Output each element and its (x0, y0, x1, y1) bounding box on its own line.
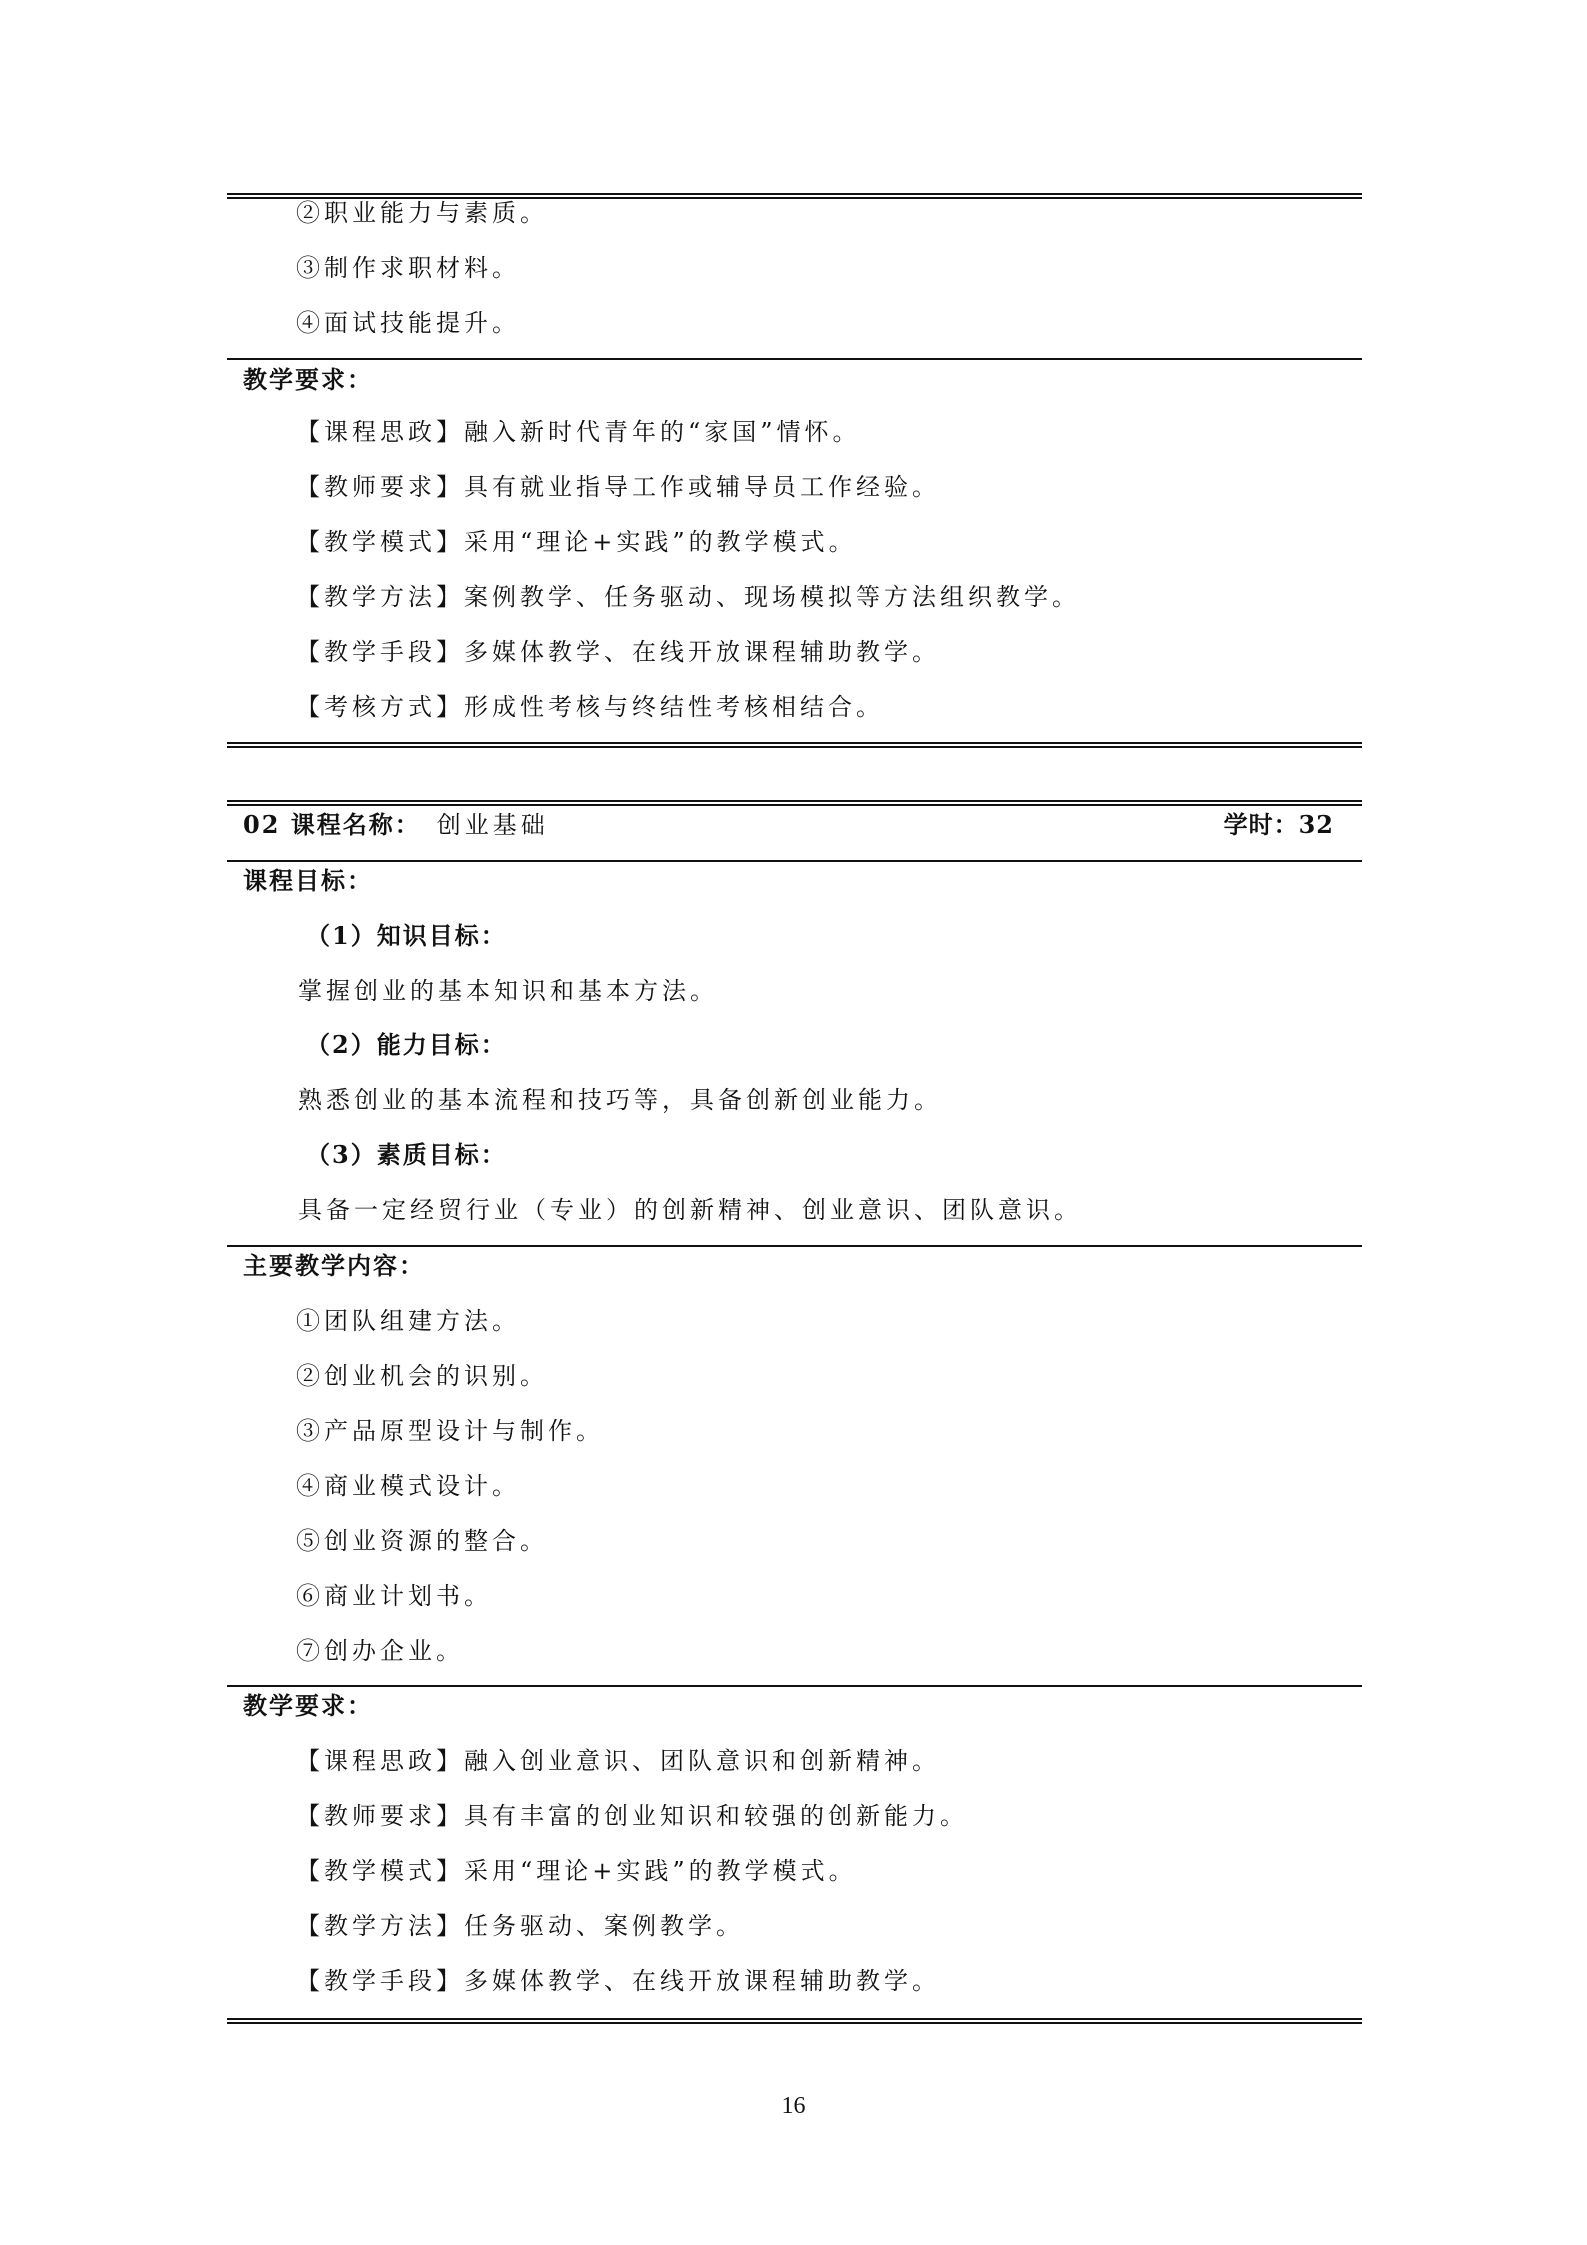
requirements-heading: 教学要求： (243, 365, 373, 395)
requirement-label: 【教学模式】 (296, 1857, 464, 1885)
requirement-label: 【教学模式】 (296, 528, 464, 556)
requirement-text: 融入创业意识、团队意识和创新精神。 (464, 1747, 940, 1775)
content-item: ⑥商业计划书。 (296, 1581, 492, 1611)
document-page: ②职业能力与素质。 ③制作求职材料。 ④面试技能提升。 教学要求： 【课程思政】… (0, 0, 1587, 2245)
requirement-label: 【教师要求】 (296, 1802, 464, 1830)
requirement-label: 【课程思政】 (296, 1747, 464, 1775)
goal-text: 熟悉创业的基本流程和技巧等，具备创新创业能力。 (298, 1085, 942, 1115)
double-rule (227, 800, 1362, 806)
requirement-text: 具有丰富的创业知识和较强的创新能力。 (464, 1802, 968, 1830)
requirement-label: 【教学方法】 (296, 583, 464, 611)
goal-text: 掌握创业的基本知识和基本方法。 (298, 976, 718, 1006)
goal-text: 具备一定经贸行业（专业）的创新精神、创业意识、团队意识。 (298, 1195, 1082, 1225)
content-item: ④商业模式设计。 (296, 1471, 520, 1501)
rule (227, 1245, 1362, 1247)
rule (227, 860, 1362, 862)
requirement-text: 案例教学、任务驱动、现场模拟等方法组织教学。 (464, 583, 1080, 611)
goal-title: （1）知识目标： (306, 921, 507, 951)
requirement-row: 【教师要求】具有就业指导工作或辅导员工作经验。 (296, 472, 940, 502)
content-item: ⑦创办企业。 (296, 1636, 464, 1666)
goals-heading: 课程目标： (243, 866, 373, 896)
course-name-label: 02 课程名称： (243, 810, 421, 839)
requirement-row: 【教学模式】采用“理论+实践”的教学模式。 (296, 1856, 857, 1886)
content-heading: 主要教学内容： (243, 1251, 425, 1281)
requirement-label: 【考核方式】 (296, 693, 464, 721)
content-item: ⑤创业资源的整合。 (296, 1526, 548, 1556)
requirement-label: 【教学手段】 (296, 638, 464, 666)
goal-title: （2）能力目标： (306, 1030, 507, 1060)
requirement-row: 【教学模式】采用“理论+实践”的教学模式。 (296, 527, 857, 557)
content-item: ①团队组建方法。 (296, 1306, 520, 1336)
requirement-text: 采用“理论+实践”的教学模式。 (464, 528, 857, 556)
course-name: 创业基础 (437, 811, 549, 839)
content-item: ②创业机会的识别。 (296, 1361, 548, 1391)
requirement-row: 【课程思政】融入创业意识、团队意识和创新精神。 (296, 1746, 940, 1776)
requirement-text: 融入新时代青年的“家国”情怀。 (464, 418, 861, 446)
goal-title: （3）素质目标： (306, 1140, 507, 1170)
content-item: ④面试技能提升。 (296, 308, 520, 338)
requirement-text: 任务驱动、案例教学。 (464, 1912, 744, 1940)
requirement-text: 具有就业指导工作或辅导员工作经验。 (464, 473, 940, 501)
requirement-label: 【教学方法】 (296, 1912, 464, 1940)
requirement-row: 【考核方式】形成性考核与终结性考核相结合。 (296, 692, 884, 722)
content-item: ③制作求职材料。 (296, 253, 520, 283)
requirement-text: 多媒体教学、在线开放课程辅助教学。 (464, 1967, 940, 1995)
requirement-row: 【教学手段】多媒体教学、在线开放课程辅助教学。 (296, 1966, 940, 1996)
requirement-text: 多媒体教学、在线开放课程辅助教学。 (464, 638, 940, 666)
course-header: 02 课程名称：创业基础 (243, 810, 549, 840)
double-rule (227, 742, 1362, 748)
requirement-label: 【课程思政】 (296, 418, 464, 446)
requirements-heading: 教学要求： (243, 1691, 373, 1721)
rule (227, 358, 1362, 360)
content-item: ②职业能力与素质。 (296, 198, 548, 228)
page-number: 16 (0, 2093, 1587, 2120)
requirement-row: 【教师要求】具有丰富的创业知识和较强的创新能力。 (296, 1801, 968, 1831)
requirement-row: 【教学方法】任务驱动、案例教学。 (296, 1911, 744, 1941)
requirement-row: 【教学方法】案例教学、任务驱动、现场模拟等方法组织教学。 (296, 582, 1080, 612)
requirement-label: 【教学手段】 (296, 1967, 464, 1995)
rule (227, 1685, 1362, 1687)
content-item: ③产品原型设计与制作。 (296, 1416, 604, 1446)
requirement-text: 形成性考核与终结性考核相结合。 (464, 693, 884, 721)
requirement-row: 【教学手段】多媒体教学、在线开放课程辅助教学。 (296, 637, 940, 667)
requirement-label: 【教师要求】 (296, 473, 464, 501)
course-hours: 学时：32 (1224, 810, 1334, 840)
requirement-row: 【课程思政】融入新时代青年的“家国”情怀。 (296, 417, 861, 447)
requirement-text: 采用“理论+实践”的教学模式。 (464, 1857, 857, 1885)
double-rule (227, 2018, 1362, 2024)
